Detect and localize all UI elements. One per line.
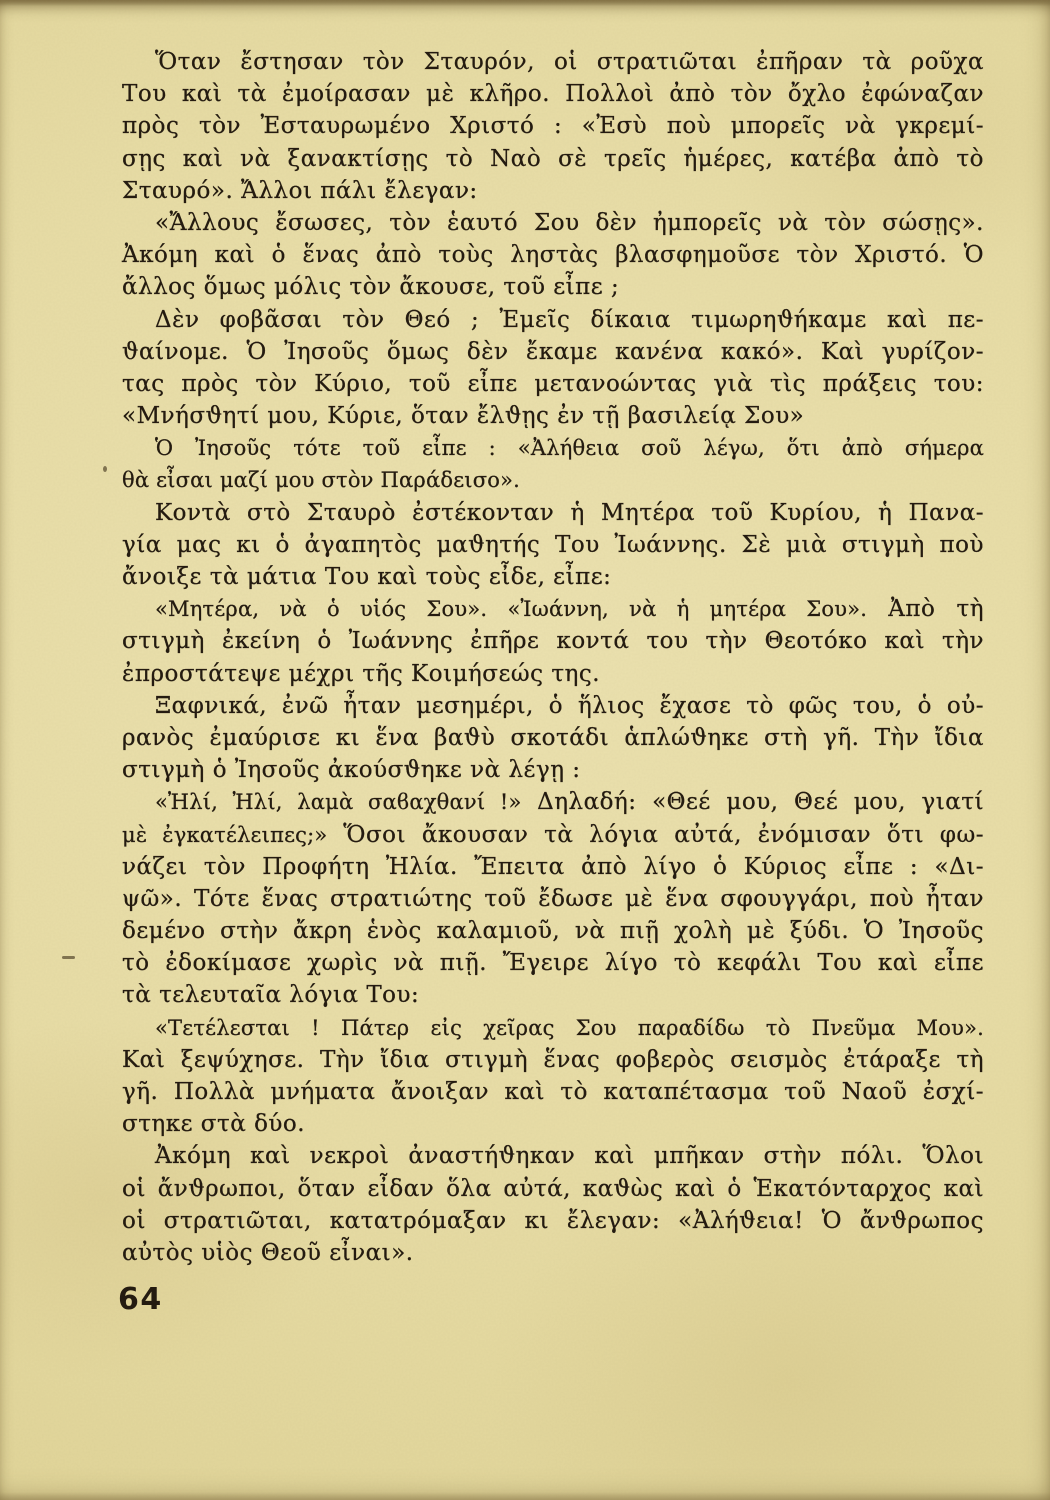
- text-segment: στιγμὴ ὁ Ἰησοῦς ἀκούσϑηκε νὰ λέγῃ :: [122, 757, 581, 783]
- text-segment: «Μνήσϑητί μου, Κύριε, ὅταν ἔλϑῃς ἐν τῇ β…: [122, 403, 804, 429]
- text-segment: οἱ στρατιῶται, κατατρόμαξαν κι ἔλεγαν: «…: [122, 1208, 984, 1234]
- text-line: τὰ τελευταῖα λόγια Του:: [122, 979, 984, 1011]
- text-line: τας πρὸς τὸν Κύριο, τοῦ εἶπε μετανοώντας…: [122, 368, 984, 400]
- text-segment: Σταυρό». Ἄλλοι πάλι ἔλεγαν:: [122, 178, 478, 204]
- text-line: αὐτὸς υἱὸς Θεοῦ εἶναι».: [122, 1237, 984, 1269]
- text-segment: τας πρὸς τὸν Κύριο, τοῦ εἶπε μετανοώντας…: [122, 371, 984, 397]
- text-line: ψῶ». Τότε ἕνας στρατιώτης τοῦ ἔδωσε μὲ ἕ…: [122, 883, 984, 915]
- text-line: «Ἠλί, Ἠλί, λαμὰ σαϐαχθανί !» Δηλαδή: «Θε…: [122, 786, 984, 818]
- text-segment: αὐτὸς υἱὸς Θεοῦ εἶναι».: [122, 1240, 414, 1266]
- text-segment: ψῶ». Τότε ἕνας στρατιώτης τοῦ ἔδωσε μὲ ἕ…: [122, 886, 984, 912]
- text-segment: στιγμὴ ἐκείνη ὁ Ἰωάννης ἐπῆρε κοντά του …: [122, 628, 984, 654]
- text-line: γῆ. Πολλὰ μνήματα ἄνοιξαν καὶ τὸ καταπέτ…: [122, 1076, 984, 1108]
- text-segment: ἄνοιξε τὰ μάτια Του καὶ τοὺς εἶδε, εἶπε:: [122, 564, 611, 590]
- print-speck: [103, 466, 107, 472]
- text-line: στιγμὴ ὁ Ἰησοῦς ἀκούσϑηκε νὰ λέγῃ :: [122, 754, 984, 786]
- text-line: Ἀκόμη καὶ ὁ ἕνας ἀπὸ τοὺς ληστὰς βλασφημ…: [122, 239, 984, 271]
- text-segment: «Ἄλλους ἔσωσες, τὸν ἑαυτό Σου δὲν ἠμπορε…: [155, 210, 984, 236]
- text-segment: Του καὶ τὰ ἐμοίρασαν μὲ κλῆρο. Πολλοὶ ἀπ…: [122, 81, 984, 107]
- text-line: Ἀκόμη καὶ νεκροὶ ἀναστήϑηκαν καὶ μπῆκαν …: [122, 1140, 984, 1172]
- text-segment: Ὅσοι ἄκουσαν τὰ λόγια αὐτά, ἐνόμισαν ὅτι…: [327, 822, 984, 848]
- text-line: «Μνήσϑητί μου, Κύριε, ὅταν ἔλϑῃς ἐν τῇ β…: [122, 400, 984, 432]
- text-segment: στηκε στὰ δύο.: [122, 1111, 305, 1137]
- text-line: Σταυρό». Ἄλλοι πάλι ἔλεγαν:: [122, 175, 984, 207]
- page-number: 64: [118, 1282, 163, 1317]
- text-segment: σῃς καὶ νὰ ξανακτίσῃς τὸ Ναὸ σὲ τρεῖς ἡμ…: [122, 146, 984, 172]
- text-segment: τὰ τελευταῖα λόγια Του:: [122, 982, 419, 1008]
- text-line: μὲ ἐγκατέλειπες;» Ὅσοι ἄκουσαν τὰ λόγια …: [122, 819, 984, 851]
- text-segment: πρὸς τὸν Ἐσταυρωμένο Χριστό : «Ἐσὺ ποὺ μ…: [122, 113, 984, 139]
- text-line: οἱ στρατιῶται, κατατρόμαξαν κι ἔλεγαν: «…: [122, 1205, 984, 1237]
- text-segment: δεμένο στὴν ἄκρη ἑνὸς καλαμιοῦ, νὰ πιῇ χ…: [122, 918, 984, 944]
- text-segment: θὰ εἶσαι μαζί μου στὸν Παράδεισο».: [122, 468, 520, 492]
- text-line: Ὅταν ἔστησαν τὸν Σταυρόν, οἱ στρατιῶται …: [122, 46, 984, 78]
- text-segment: ρανὸς ἐμαύρισε κι ἕνα βαϑὺ σκοτάδι ἁπλώϑ…: [122, 725, 984, 751]
- text-segment: «Μητέρα, νὰ ὁ υἱός Σου». «Ἰωάννη, νὰ ἡ μ…: [155, 597, 867, 621]
- text-line: γία μας κι ὁ ἀγαπητὸς μαϑητής Του Ἰωάννη…: [122, 529, 984, 561]
- text-segment: Καὶ ξεψύχησε. Τὴν ἴδια στιγμὴ ἕνας φοβερ…: [122, 1047, 984, 1073]
- text-line: τὸ ἐδοκίμασε χωρὶς νὰ πιῇ. Ἔγειρε λίγο τ…: [122, 947, 984, 979]
- text-segment: Κοντὰ στὸ Σταυρὸ ἐστέκονταν ἡ Μητέρα τοῦ…: [155, 500, 984, 526]
- text-segment: τὸ ἐδοκίμασε χωρὶς νὰ πιῇ. Ἔγειρε λίγο τ…: [122, 950, 984, 976]
- text-line: νάζει τὸν Προφήτη Ἠλία. Ἔπειτα ἀπὸ λίγο …: [122, 851, 984, 883]
- text-segment: Ὁ Ἰησοῦς τότε τοῦ εἶπε : «Ἀλήθεια σοῦ λέ…: [155, 436, 984, 460]
- text-segment: νάζει τὸν Προφήτη Ἠλία. Ἔπειτα ἀπὸ λίγο …: [122, 854, 984, 880]
- text-segment: Ἀπὸ τὴ: [867, 596, 984, 622]
- text-line: θὰ εἶσαι μαζί μου στὸν Παράδεισο».: [122, 464, 984, 496]
- text-segment: Ἀκόμη καὶ ὁ ἕνας ἀπὸ τοὺς ληστὰς βλασφημ…: [122, 242, 984, 268]
- text-line: στιγμὴ ἐκείνη ὁ Ἰωάννης ἐπῆρε κοντά του …: [122, 625, 984, 657]
- text-line: Καὶ ξεψύχησε. Τὴν ἴδια στιγμὴ ἕνας φοβερ…: [122, 1044, 984, 1076]
- text-segment: «Τετέλεσται ! Πάτερ εἰς χεῖρας Σου παραδ…: [155, 1016, 984, 1040]
- text-segment: Δὲν φοβᾶσαι τὸν Θεό ; Ἐμεῖς δίκαια τιμωρ…: [155, 307, 984, 333]
- text-line: Ξαφνικά, ἐνῶ ἦταν μεσημέρι, ὁ ἥλιος ἔχασ…: [122, 690, 984, 722]
- text-segment: Ξαφνικά, ἐνῶ ἦταν μεσημέρι, ὁ ἥλιος ἔχασ…: [155, 693, 984, 719]
- text-segment: οἱ ἄνϑρωποι, ὅταν εἶδαν ὅλα αὐτά, καϑὼς …: [122, 1176, 984, 1202]
- text-line: ἄνοιξε τὰ μάτια Του καὶ τοὺς εἶδε, εἶπε:: [122, 561, 984, 593]
- text-line: πρὸς τὸν Ἐσταυρωμένο Χριστό : «Ἐσὺ ποὺ μ…: [122, 110, 984, 142]
- text-line: σῃς καὶ νὰ ξανακτίσῃς τὸ Ναὸ σὲ τρεῖς ἡμ…: [122, 143, 984, 175]
- text-segment: Ἀκόμη καὶ νεκροὶ ἀναστήϑηκαν καὶ μπῆκαν …: [155, 1143, 984, 1169]
- text-line: δεμένο στὴν ἄκρη ἑνὸς καλαμιοῦ, νὰ πιῇ χ…: [122, 915, 984, 947]
- text-line: στηκε στὰ δύο.: [122, 1108, 984, 1140]
- text-segment: «Ἠλί, Ἠλί, λαμὰ σαϐαχθανί !»: [155, 790, 522, 814]
- text-segment: γῆ. Πολλὰ μνήματα ἄνοιξαν καὶ τὸ καταπέτ…: [122, 1079, 984, 1105]
- print-speck: [62, 956, 75, 959]
- text-segment: Δηλαδή: «Θεέ μου, Θεέ μου, γιατί: [522, 789, 984, 815]
- text-line: Ὁ Ἰησοῦς τότε τοῦ εἶπε : «Ἀλήθεια σοῦ λέ…: [122, 432, 984, 464]
- text-line: ρανὸς ἐμαύρισε κι ἕνα βαϑὺ σκοτάδι ἁπλώϑ…: [122, 722, 984, 754]
- text-segment: ἐπροστάτεψε μέχρι τῆς Κοιμήσεώς της.: [122, 661, 600, 687]
- text-segment: ϑαίνομε. Ὁ Ἰησοῦς ὅμως δὲν ἔκαμε κανένα …: [122, 339, 984, 365]
- text-segment: ἄλλος ὅμως μόλις τὸν ἄκουσε, τοῦ εἶπε ;: [122, 274, 619, 300]
- book-page: Ὅταν ἔστησαν τὸν Σταυρόν, οἱ στρατιῶται …: [0, 0, 1050, 1500]
- text-line: Δὲν φοβᾶσαι τὸν Θεό ; Ἐμεῖς δίκαια τιμωρ…: [122, 304, 984, 336]
- text-segment: μὲ ἐγκατέλειπες;»: [122, 823, 327, 847]
- text-line: «Μητέρα, νὰ ὁ υἱός Σου». «Ἰωάννη, νὰ ἡ μ…: [122, 593, 984, 625]
- text-line: ἐπροστάτεψε μέχρι τῆς Κοιμήσεώς της.: [122, 658, 984, 690]
- text-line: Του καὶ τὰ ἐμοίρασαν μὲ κλῆρο. Πολλοὶ ἀπ…: [122, 78, 984, 110]
- text-line: ϑαίνομε. Ὁ Ἰησοῦς ὅμως δὲν ἔκαμε κανένα …: [122, 336, 984, 368]
- text-line: ἄλλος ὅμως μόλις τὸν ἄκουσε, τοῦ εἶπε ;: [122, 271, 984, 303]
- text-line: Κοντὰ στὸ Σταυρὸ ἐστέκονταν ἡ Μητέρα τοῦ…: [122, 497, 984, 529]
- text-segment: Ὅταν ἔστησαν τὸν Σταυρόν, οἱ στρατιῶται …: [155, 49, 984, 75]
- text-line: οἱ ἄνϑρωποι, ὅταν εἶδαν ὅλα αὐτά, καϑὼς …: [122, 1173, 984, 1205]
- text-line: «Ἄλλους ἔσωσες, τὸν ἑαυτό Σου δὲν ἠμπορε…: [122, 207, 984, 239]
- text-line: «Τετέλεσται ! Πάτερ εἰς χεῖρας Σου παραδ…: [122, 1012, 984, 1044]
- text-segment: γία μας κι ὁ ἀγαπητὸς μαϑητής Του Ἰωάννη…: [122, 532, 984, 558]
- page-text: Ὅταν ἔστησαν τὸν Σταυρόν, οἱ στρατιῶται …: [122, 46, 984, 1269]
